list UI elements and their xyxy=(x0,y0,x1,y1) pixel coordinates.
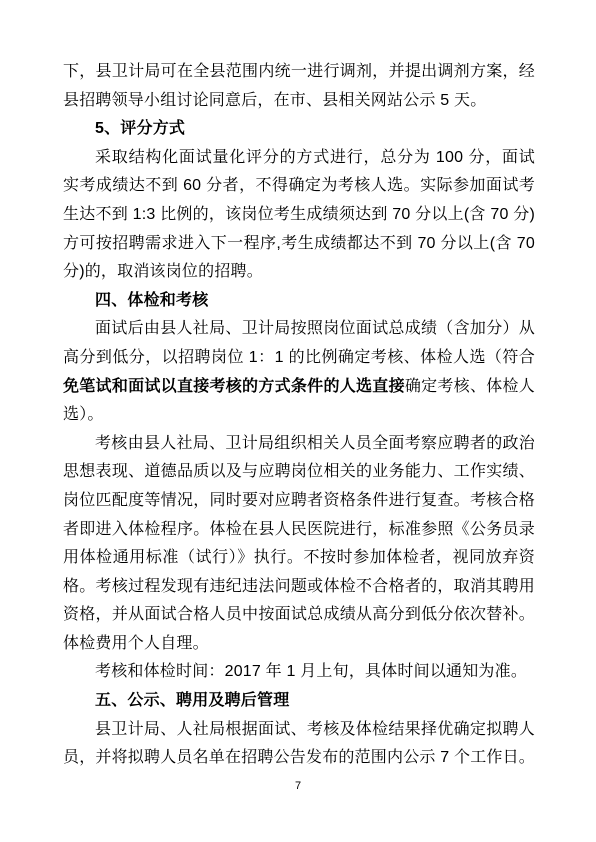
section-heading: 四、体检和考核 xyxy=(63,287,535,316)
paragraph: 考核和体检时间：2017 年 1 月上旬，具体时间以通知为准。 xyxy=(63,658,535,687)
section-heading: 五、公示、聘用及聘后管理 xyxy=(63,687,535,716)
text-run: 下，县卫计局可在全县范围内统一进行调剂，并提出调剂方案，经县招聘领导小组讨论同意… xyxy=(63,63,535,109)
paragraph: 县卫计局、人社局根据面试、考核及体检结果择优确定拟聘人员，并将拟聘人员名单在招聘… xyxy=(63,716,535,773)
document-page: 下，县卫计局可在全县范围内统一进行调剂，并提出调剂方案，经县招聘领导小组讨论同意… xyxy=(0,0,596,842)
paragraph: 采取结构化面试量化评分的方式进行，总分为 100 分，面试实考成绩达不到 60 … xyxy=(63,144,535,287)
bold-text-run: 五、公示、聘用及聘后管理 xyxy=(95,692,289,709)
paragraph: 考核由县人社局、卫计局组织相关人员全面考察应聘者的政治思想表现、道德品质以及与应… xyxy=(63,430,535,659)
text-run: 考核和体检时间：2017 年 1 月上旬，具体时间以通知为准。 xyxy=(95,663,527,680)
bold-text-run: 免笔试和面试以直接考核的方式条件的人选直接 xyxy=(63,378,405,395)
text-run: 考核由县人社局、卫计局组织相关人员全面考察应聘者的政治思想表现、道德品质以及与应… xyxy=(63,435,535,652)
paragraph: 下，县卫计局可在全县范围内统一进行调剂，并提出调剂方案，经县招聘领导小组讨论同意… xyxy=(63,58,535,115)
bold-text-run: 5、评分方式 xyxy=(95,120,185,137)
section-heading: 5、评分方式 xyxy=(63,115,535,144)
paragraph: 面试后由县人社局、卫计局按照岗位面试总成绩（含加分）从高分到低分，以招聘岗位 1… xyxy=(63,315,535,429)
document-body: 下，县卫计局可在全县范围内统一进行调剂，并提出调剂方案，经县招聘领导小组讨论同意… xyxy=(63,58,535,773)
text-run: 县卫计局、人社局根据面试、考核及体检结果择优确定拟聘人员，并将拟聘人员名单在招聘… xyxy=(63,721,535,767)
bold-text-run: 四、体检和考核 xyxy=(95,292,208,309)
text-run: 采取结构化面试量化评分的方式进行，总分为 100 分，面试实考成绩达不到 60 … xyxy=(63,149,535,280)
page-number: 7 xyxy=(0,779,596,793)
text-run: 面试后由县人社局、卫计局按照岗位面试总成绩（含加分）从高分到低分，以招聘岗位 1… xyxy=(63,320,535,366)
